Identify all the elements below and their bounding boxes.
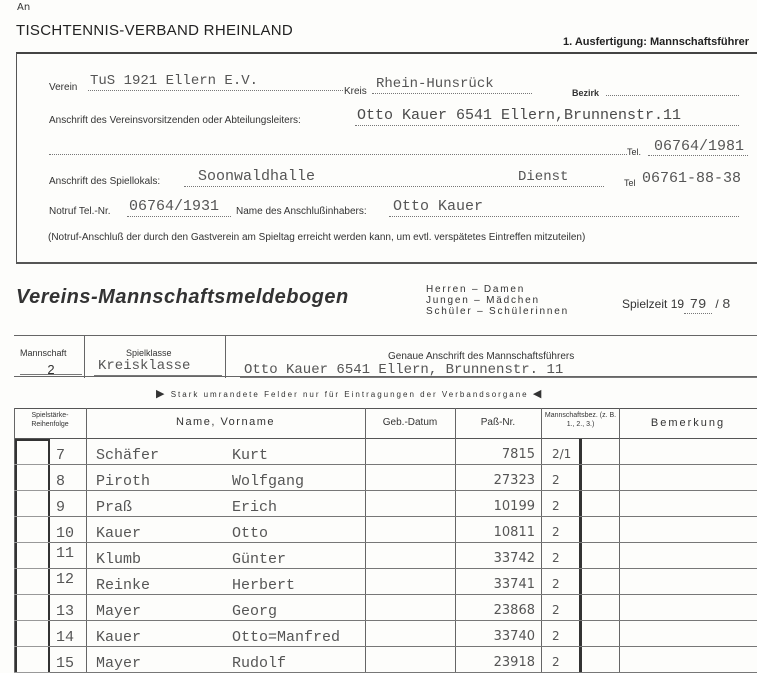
class-label: Spielklasse <box>126 348 172 358</box>
verein-label: Verein <box>49 82 77 93</box>
team-ref[interactable]: 2 <box>552 603 560 617</box>
player-table: Spielstärke-Reihenfolge Name, Vorname Ge… <box>14 408 757 673</box>
pass-number[interactable]: 23918 <box>455 655 535 670</box>
col-remark-header: Bemerkung <box>619 417 757 429</box>
pass-number[interactable]: 33741 <box>455 577 535 592</box>
pass-number[interactable]: 23868 <box>455 603 535 618</box>
table-row[interactable]: 13 Mayer Georg 23868 2 <box>14 595 757 621</box>
holder-field[interactable]: Otto Kauer <box>389 198 739 217</box>
season-field: Spielzeit 1979 / 8 <box>622 297 730 314</box>
tel-label: Tel. <box>627 147 641 157</box>
first-name[interactable]: Erich <box>232 499 277 516</box>
pass-number[interactable]: 33740 <box>455 629 535 644</box>
team-ref[interactable]: 2 <box>552 473 560 487</box>
first-name[interactable]: Günter <box>232 551 286 568</box>
tel-field[interactable]: 06764/1981 <box>648 138 748 156</box>
emergency-label: Notruf Tel.-Nr. <box>49 206 111 217</box>
form-title: Vereins-Mannschaftsmeldebogen <box>16 286 349 309</box>
last-name[interactable]: Piroth <box>96 473 150 490</box>
class-field[interactable]: Kreisklasse <box>94 358 222 376</box>
table-row[interactable]: 10 Kauer Otto 10811 2 <box>14 517 757 543</box>
table-row[interactable]: 9 Praß Erich 10199 2 <box>14 491 757 517</box>
pass-number[interactable]: 33742 <box>455 551 535 566</box>
chair-address-field[interactable]: Otto Kauer 6541 Ellern,Brunnenstr.11 <box>355 104 739 126</box>
team-ref[interactable]: 2 <box>552 525 560 539</box>
rank-number[interactable]: 11 <box>56 545 74 562</box>
chair-address-value: Otto Kauer 6541 Ellern,Brunnenstr.11 <box>357 107 681 124</box>
venue-tel-label: Tel <box>624 178 636 188</box>
kreis-field[interactable]: Rhein-Hunsrück <box>372 74 532 94</box>
pass-number[interactable]: 10199 <box>455 499 535 514</box>
emergency-value: 06764/1931 <box>129 198 219 215</box>
rank-number[interactable]: 12 <box>56 571 74 588</box>
table-row[interactable]: 7 Schäfer Kurt 7815 2/1 <box>14 439 757 465</box>
team-label: Mannschaft <box>20 348 67 358</box>
addressee-label: An <box>17 2 30 13</box>
rank-number[interactable]: 10 <box>56 525 74 542</box>
col-pass-header: Paß-Nr. <box>455 417 541 428</box>
rank-number[interactable]: 15 <box>56 655 74 672</box>
holder-label: Name des Anschlußinhabers: <box>236 206 367 217</box>
pass-number[interactable]: 10811 <box>455 525 535 540</box>
captain-value: Otto Kauer 6541 Ellern, Brunnenstr. 11 <box>244 362 563 378</box>
team-value: 2 <box>47 362 54 377</box>
team-ref[interactable]: 2 <box>552 577 560 591</box>
last-name[interactable]: Mayer <box>96 603 141 620</box>
last-name[interactable]: Kauer <box>96 525 141 542</box>
rank-number[interactable]: 14 <box>56 629 74 646</box>
first-name[interactable]: Kurt <box>232 447 268 464</box>
venue-label: Anschrift des Spiellokals: <box>49 176 160 187</box>
season-label: Spielzeit 19 <box>622 297 684 311</box>
notice-text: Stark umrandete Felder nur für Eintragun… <box>171 390 529 399</box>
last-name[interactable]: Kauer <box>96 629 141 646</box>
team-info-row: Mannschaft 2 Spielklasse Kreisklasse Gen… <box>14 335 757 377</box>
venue-field[interactable]: Soonwaldhalle Dienst <box>184 168 604 187</box>
venue-tel-value: 06761-88-38 <box>642 170 741 187</box>
team-ref[interactable]: 2 <box>552 499 560 513</box>
category-pupils[interactable]: Schüler – Schülerinnen <box>426 306 569 317</box>
chair-address-label: Anschrift des Vereinsvorsitzenden oder A… <box>49 115 301 126</box>
col-name-header: Name, Vorname <box>86 416 365 428</box>
season-separator: / <box>715 297 718 311</box>
class-value: Kreisklasse <box>98 358 190 374</box>
holder-value: Otto Kauer <box>393 198 483 215</box>
team-field[interactable]: 2 <box>20 359 82 375</box>
table-row[interactable]: 11 Klumb Günter 33742 2 <box>14 543 757 569</box>
first-name[interactable]: Otto <box>232 525 268 542</box>
category-list: Herren – Damen Jungen – Mädchen Schüler … <box>426 284 569 317</box>
col-rank-header: Spielstärke-Reihenfolge <box>20 411 80 429</box>
bezirk-label: Bezirk <box>572 88 599 98</box>
venue-tel-field[interactable]: 06761-88-38 <box>642 170 757 188</box>
table-row[interactable]: 12 Reinke Herbert 33741 2 <box>14 569 757 595</box>
rank-number[interactable]: 8 <box>56 473 65 490</box>
last-name[interactable]: Reinke <box>96 577 150 594</box>
season-value-2[interactable]: 8 <box>722 297 730 313</box>
last-name[interactable]: Schäfer <box>96 447 159 464</box>
category-youth[interactable]: Jungen – Mädchen <box>426 295 569 306</box>
copy-note: 1. Ausfertigung: Mannschaftsführer <box>563 36 749 48</box>
rank-number[interactable]: 9 <box>56 499 65 516</box>
category-adults[interactable]: Herren – Damen <box>426 284 569 295</box>
first-name[interactable]: Otto=Manfred <box>232 629 340 646</box>
verein-value: TuS 1921 Ellern E.V. <box>90 73 258 89</box>
season-value[interactable]: 79 <box>684 297 712 314</box>
verein-field[interactable]: TuS 1921 Ellern E.V. <box>88 74 343 91</box>
kreis-value: Rhein-Hunsrück <box>376 76 494 92</box>
captain-field[interactable]: Otto Kauer 6541 Ellern, Brunnenstr. 11 <box>240 362 757 378</box>
arrow-right-icon: ▶ <box>156 388 166 400</box>
last-name[interactable]: Klumb <box>96 551 141 568</box>
bezirk-field[interactable] <box>606 84 739 96</box>
first-name[interactable]: Wolfgang <box>232 473 304 490</box>
emergency-note: (Notruf-Anschluß der durch den Gastverei… <box>48 232 585 243</box>
col-teamref-header: Mannschaftsbez. (z. B. 1., 2., 3.) <box>542 411 619 429</box>
col-birth-header: Geb.-Datum <box>365 417 455 428</box>
venue-value: Soonwaldhalle <box>198 168 315 185</box>
table-row[interactable]: 14 Kauer Otto=Manfred 33740 2 <box>14 621 757 647</box>
first-name[interactable]: Georg <box>232 603 277 620</box>
team-ref[interactable]: 2 <box>552 655 560 669</box>
team-ref[interactable]: 2 <box>552 629 560 643</box>
arrow-left-icon: ◀ <box>533 388 543 400</box>
organization-title: TISCHTENNIS-VERBAND RHEINLAND <box>16 22 293 39</box>
captain-label: Genaue Anschrift des Mannschaftsführers <box>388 351 574 362</box>
address-continuation-line[interactable] <box>49 143 627 155</box>
venue-extra: Dienst <box>518 169 568 185</box>
tel-value: 06764/1981 <box>654 138 744 155</box>
pass-number[interactable]: 27323 <box>455 473 535 488</box>
team-ref[interactable]: 2/1 <box>552 447 571 461</box>
official-fields-notice: ▶ Stark umrandete Felder nur für Eintrag… <box>156 387 543 400</box>
table-row[interactable]: 8 Piroth Wolfgang 27323 2 <box>14 465 757 491</box>
kreis-label: Kreis <box>344 86 367 97</box>
rank-number[interactable]: 7 <box>56 447 65 464</box>
team-ref[interactable]: 2 <box>552 551 560 565</box>
first-name[interactable]: Rudolf <box>232 655 286 672</box>
first-name[interactable]: Herbert <box>232 577 295 594</box>
last-name[interactable]: Mayer <box>96 655 141 672</box>
rank-number[interactable]: 13 <box>56 603 74 620</box>
last-name[interactable]: Praß <box>96 499 132 516</box>
table-row[interactable]: 15 Mayer Rudolf 23918 2 <box>14 647 757 673</box>
emergency-field[interactable]: 06764/1931 <box>127 198 231 217</box>
pass-number[interactable]: 7815 <box>455 447 535 462</box>
